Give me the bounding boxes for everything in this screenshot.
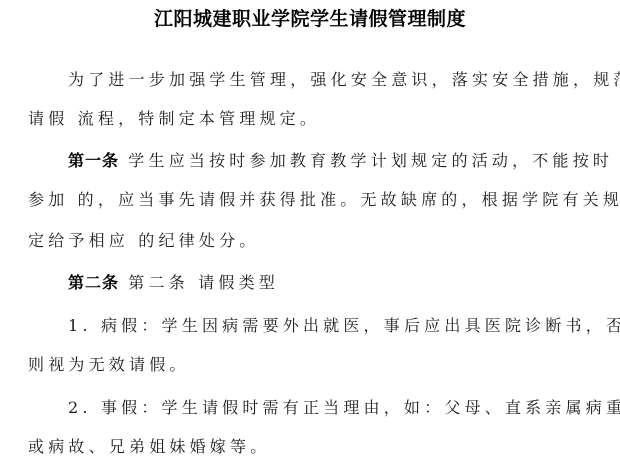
article-1-heading: 第一条	[68, 151, 119, 170]
article-1-line-1: 第一条 学生应当按时参加教育教学计划规定的活动，不能按时	[68, 151, 613, 171]
article-1-text: 学生应当按时参加教育教学计划规定的活动，不能按时	[119, 151, 613, 170]
item-2-line-2: 或病故、兄弟姐妹婚嫁等。	[28, 437, 270, 457]
item-1-line-1: 1. 病假：学生因病需要外出就医，事后应出具医院诊断书，否	[68, 316, 620, 336]
article-2-line-1: 第二条 第二条 请假类型	[68, 273, 279, 293]
item-2-line-1: 2. 事假：学生请假时需有正当理由，如：父母、直系亲属病重	[68, 398, 620, 418]
document-title: 江阳城建职业学院学生请假管理制度	[0, 4, 620, 31]
paragraph-intro-line-2: 请假 流程，特制定本管理规定。	[28, 109, 320, 129]
article-1-line-3: 定给予相应 的纪律处分。	[28, 231, 260, 251]
article-2-text: 第二条 请假类型	[119, 273, 279, 292]
item-1-line-2: 则视为无效请假。	[28, 355, 190, 375]
paragraph-intro-line-1: 为了进一步加强学生管理，强化安全意识，落实安全措施，规范	[68, 70, 620, 90]
article-2-heading: 第二条	[68, 273, 119, 292]
article-1-line-2: 参加 的，应当事先请假并获得批准。无故缺席的，根据学院有关规	[28, 190, 620, 210]
